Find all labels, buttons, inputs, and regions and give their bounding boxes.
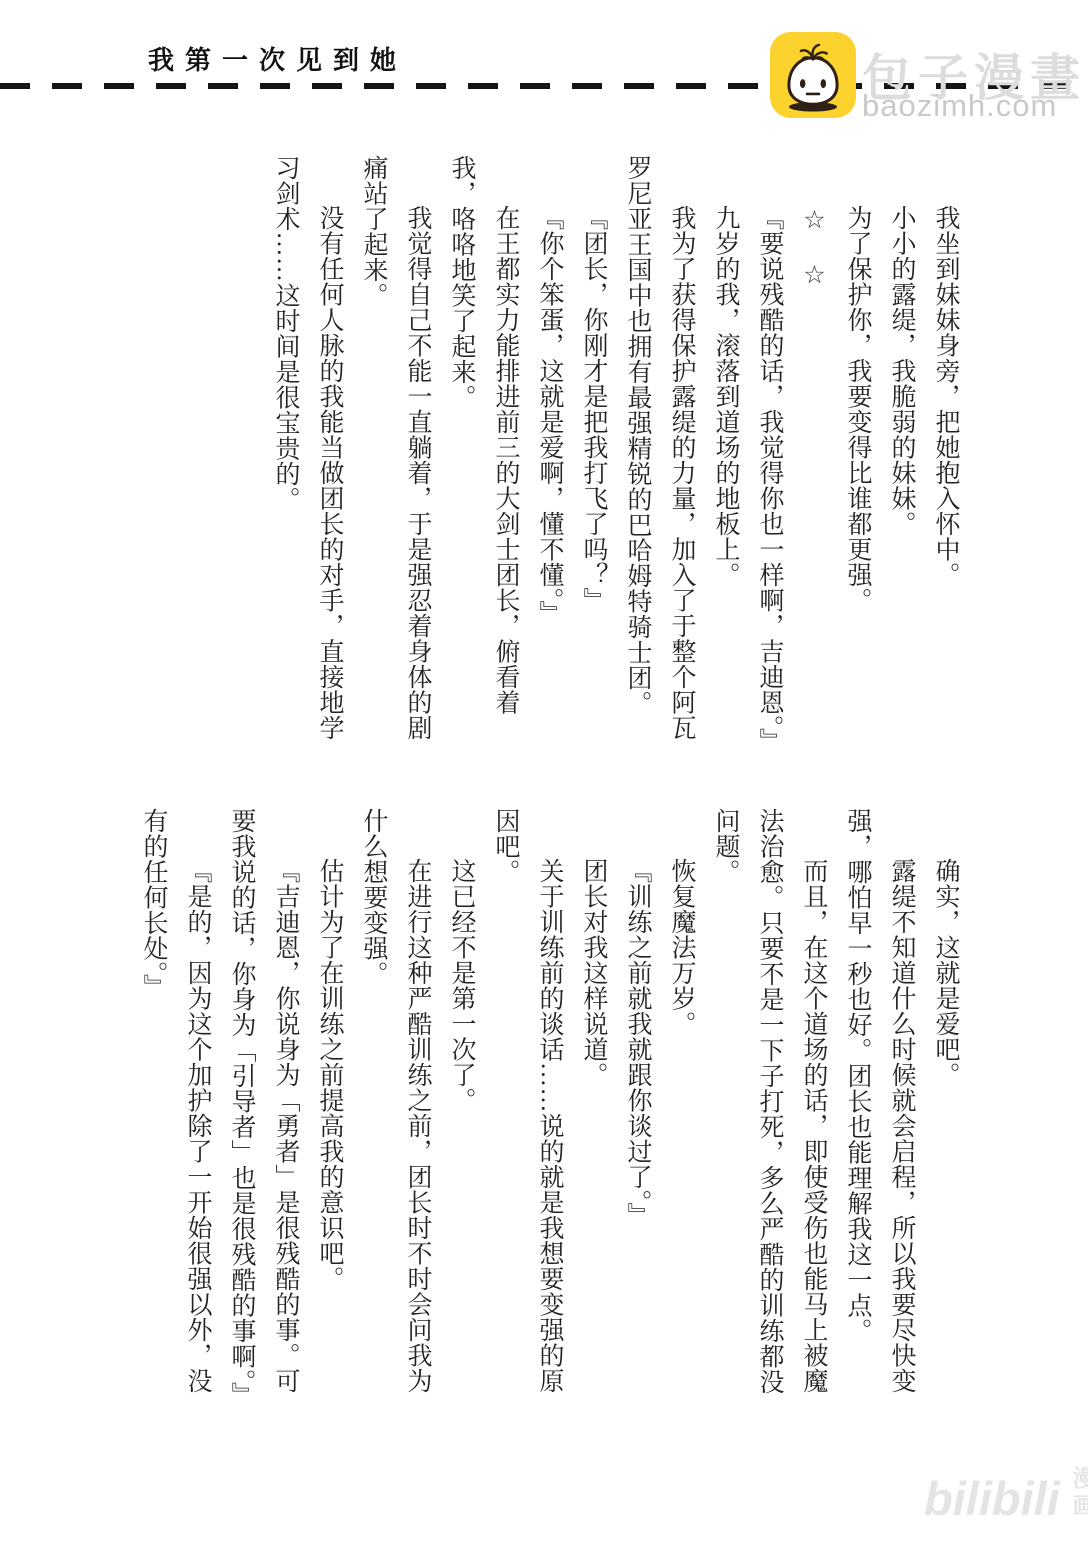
paragraph: 在进行这种严酷训练之前，团长时不时会问我为什么想要变强。 [351, 808, 439, 1404]
paragraph: 恢复魔法万岁。 [659, 808, 703, 1404]
paragraph: 确实，这就是爱吧。 [923, 808, 967, 1404]
paragraph: 我为了获得保护露缇的力量，加入了于整个阿瓦罗尼亚王国中也拥有最强精锐的巴哈姆特骑… [615, 155, 703, 745]
paragraph: 『是的，因为这个加护除了一开始很强以外，没有的任何长处。』 [131, 808, 219, 1404]
paragraph: 为了保护你，我要变得比谁都更强。 [835, 155, 879, 745]
paragraph: 『吉迪恩，你说身为「勇者」是很残酷的事。可要我说的话，你身为「引导者」也是很残酷… [219, 808, 307, 1404]
paragraph: 关于训练前的谈话……说的就是我想要变强的原因吧。 [483, 808, 571, 1404]
paragraph: 没有任何人脉的我能当做团长的对手，直接地学习剑术……这时间是很宝贵的。 [263, 155, 351, 745]
paragraph: 团长对我这样说道。 [571, 808, 615, 1404]
paragraph: 在王都实力能排进前三的大剑士团长，俯看着我，咯咯地笑了起来。 [439, 155, 527, 745]
novel-text-bottom-section: 确实，这就是爱吧。 露缇不知道什么时候就会启程，所以我要尽快变强，哪怕早一秒也好… [131, 808, 967, 1404]
site-url: baozimh.com [862, 88, 1057, 124]
paragraph: 『你个笨蛋，这就是爱啊，懂不懂。』 [527, 155, 571, 745]
paragraph: 『要说残酷的话，我觉得你也一样啊，吉迪恩。』 [747, 155, 791, 745]
paragraph: 九岁的我，滚落到道场的地板上。 [703, 155, 747, 745]
scene-break-stars: ☆ ☆ [791, 155, 835, 745]
bilibili-watermark: bilibili 漫画 [924, 1466, 1088, 1522]
paragraph: 我觉得自己不能一直躺着，于是强忍着身体的剧痛站了起来。 [351, 155, 439, 745]
novel-text-top-section: 我坐到妹妹身旁，把她抱入怀中。 小小的露缇，我脆弱的妹妹。 为了保护你，我要变得… [263, 155, 967, 745]
baozi-mascot-icon [770, 32, 856, 118]
paragraph: 『训练之前就我就跟你谈过了。』 [615, 808, 659, 1404]
page-title: 我第一次见到她 [148, 40, 407, 77]
paragraph: 我坐到妹妹身旁，把她抱入怀中。 [923, 155, 967, 745]
paragraph: 而且，在这个道场的话，即使受伤也能马上被魔法治愈。只要不是一下子打死，多么严酷的… [703, 808, 835, 1404]
bilibili-manhua-label: 漫画 [1068, 1466, 1088, 1520]
paragraph: 『团长，你刚才是把我打飞了吗？』 [571, 155, 615, 745]
paragraph: 估计为了在训练之前提高我的意识吧。 [307, 808, 351, 1404]
baozi-mascot-svg [770, 32, 856, 118]
bilibili-logo-text: bilibili [924, 1475, 1060, 1522]
paragraph: 这已经不是第一次了。 [439, 808, 483, 1404]
paragraph: 露缇不知道什么时候就会启程，所以我要尽快变强，哪怕早一秒也好。团长也能理解我这一… [835, 808, 923, 1404]
paragraph: 小小的露缇，我脆弱的妹妹。 [879, 155, 923, 745]
